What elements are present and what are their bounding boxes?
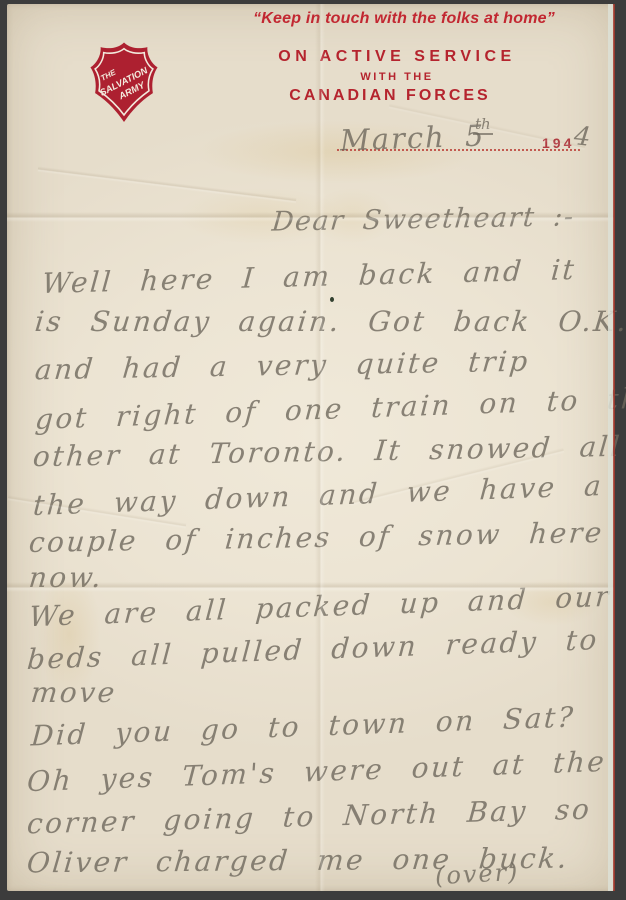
service-line-2: WITH THE xyxy=(360,71,433,83)
over-note: (over) xyxy=(434,858,520,890)
salvation-army-shield-logo: THE SALVATION ARMY xyxy=(85,39,163,127)
crease-diagonal-1 xyxy=(38,166,297,204)
fold-crease-horizontal-top xyxy=(7,212,614,222)
handwritten-line: beds all pulled down ready to xyxy=(26,623,600,676)
scan-background: “Keep in touch with the folks at home” T… xyxy=(0,0,626,900)
letterhead-tagline: “Keep in touch with the folks at home” xyxy=(253,10,555,28)
handwritten-line: Well here I am back and it xyxy=(41,253,578,300)
paper-speck xyxy=(330,297,334,302)
fold-crease-vertical xyxy=(315,4,325,891)
handwritten-line: move xyxy=(29,676,118,709)
service-line-1: ON ACTIVE SERVICE xyxy=(278,48,515,66)
handwritten-line: is Sunday again. Got back O.K. xyxy=(33,305,626,338)
scan-edge-red-line xyxy=(613,4,615,891)
letter-page: “Keep in touch with the folks at home” T… xyxy=(7,4,614,891)
handwritten-line: and had a very quite trip xyxy=(34,345,532,387)
handwritten-line: corner going to North Bay so xyxy=(26,793,593,841)
handwritten-line: got right of one train on to the xyxy=(34,381,626,436)
handwritten-line: other at Toronto. It snowed all xyxy=(32,430,624,473)
fold-crease-horizontal-bottom xyxy=(7,582,614,592)
